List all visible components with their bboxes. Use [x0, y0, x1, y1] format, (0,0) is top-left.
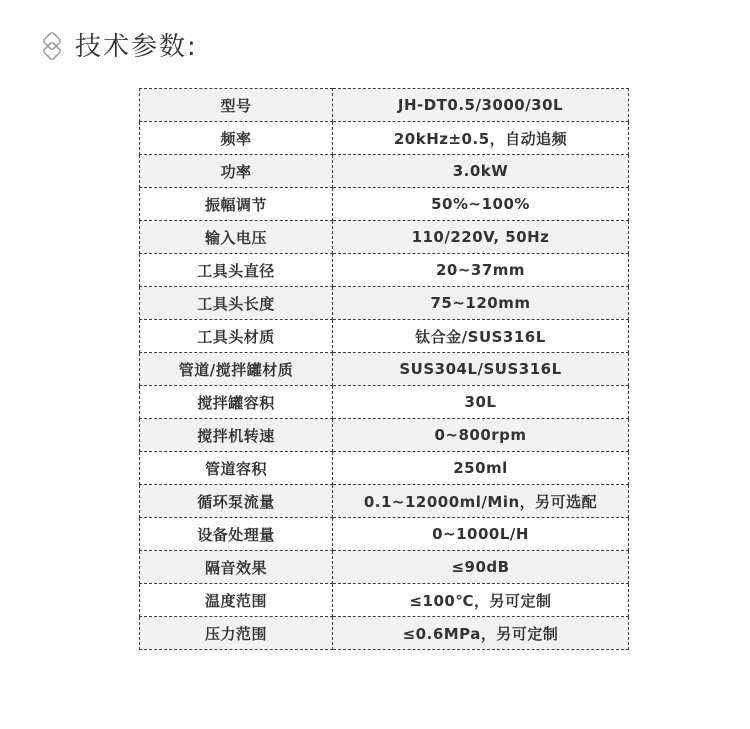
spec-table: 型号 JH-DT0.5/3000/30L 频率 20kHz±0.5，自动追频 功… [139, 88, 629, 650]
spec-value: ≤90dB [333, 551, 629, 584]
spec-label: 隔音效果 [140, 551, 333, 584]
table-row: 设备处理量 0~1000L/H [140, 518, 629, 551]
table-row: 温度范围 ≤100℃，另可定制 [140, 584, 629, 617]
section-header: 技术参数: [36, 29, 198, 65]
spec-label: 搅拌罐容积 [140, 386, 333, 419]
table-row: 频率 20kHz±0.5，自动追频 [140, 122, 629, 155]
spec-value: ≤100℃，另可定制 [333, 584, 629, 617]
spec-label: 振幅调节 [140, 188, 333, 221]
spec-label: 型号 [140, 89, 333, 122]
spec-value: 钛合金/SUS316L [333, 320, 629, 353]
spec-value: 75~120mm [333, 287, 629, 320]
table-row: 循环泵流量 0.1~12000ml/Min，另可选配 [140, 485, 629, 518]
spec-value: 0.1~12000ml/Min，另可选配 [333, 485, 629, 518]
spec-label: 功率 [140, 155, 333, 188]
spec-value: JH-DT0.5/3000/30L [333, 89, 629, 122]
table-row: 搅拌机转速 0~800rpm [140, 419, 629, 452]
spec-value: 50%~100% [333, 188, 629, 221]
spec-value: 20~37mm [333, 254, 629, 287]
spec-label: 管道/搅拌罐材质 [140, 353, 333, 386]
layered-diamonds-icon [36, 29, 68, 65]
table-row: 振幅调节 50%~100% [140, 188, 629, 221]
spec-value: 30L [333, 386, 629, 419]
table-row: 管道容积 250ml [140, 452, 629, 485]
spec-label: 工具头长度 [140, 287, 333, 320]
table-row: 隔音效果 ≤90dB [140, 551, 629, 584]
spec-value: SUS304L/SUS316L [333, 353, 629, 386]
table-row: 搅拌罐容积 30L [140, 386, 629, 419]
table-row: 型号 JH-DT0.5/3000/30L [140, 89, 629, 122]
table-row: 功率 3.0kW [140, 155, 629, 188]
spec-label: 温度范围 [140, 584, 333, 617]
spec-value: 3.0kW [333, 155, 629, 188]
table-row: 工具头长度 75~120mm [140, 287, 629, 320]
spec-value: 0~800rpm [333, 419, 629, 452]
table-row: 压力范围 ≤0.6MPa，另可定制 [140, 617, 629, 650]
page-title: 技术参数: [75, 29, 198, 65]
spec-value: 250ml [333, 452, 629, 485]
spec-label: 压力范围 [140, 617, 333, 650]
spec-label: 工具头直径 [140, 254, 333, 287]
spec-label: 循环泵流量 [140, 485, 333, 518]
spec-value: 110/220V, 50Hz [333, 221, 629, 254]
spec-label: 输入电压 [140, 221, 333, 254]
spec-label: 管道容积 [140, 452, 333, 485]
spec-label: 频率 [140, 122, 333, 155]
spec-value: ≤0.6MPa，另可定制 [333, 617, 629, 650]
table-row: 输入电压 110/220V, 50Hz [140, 221, 629, 254]
table-row: 工具头直径 20~37mm [140, 254, 629, 287]
spec-label: 设备处理量 [140, 518, 333, 551]
spec-value: 20kHz±0.5，自动追频 [333, 122, 629, 155]
spec-value: 0~1000L/H [333, 518, 629, 551]
table-row: 管道/搅拌罐材质 SUS304L/SUS316L [140, 353, 629, 386]
spec-label: 搅拌机转速 [140, 419, 333, 452]
table-row: 工具头材质 钛合金/SUS316L [140, 320, 629, 353]
spec-label: 工具头材质 [140, 320, 333, 353]
